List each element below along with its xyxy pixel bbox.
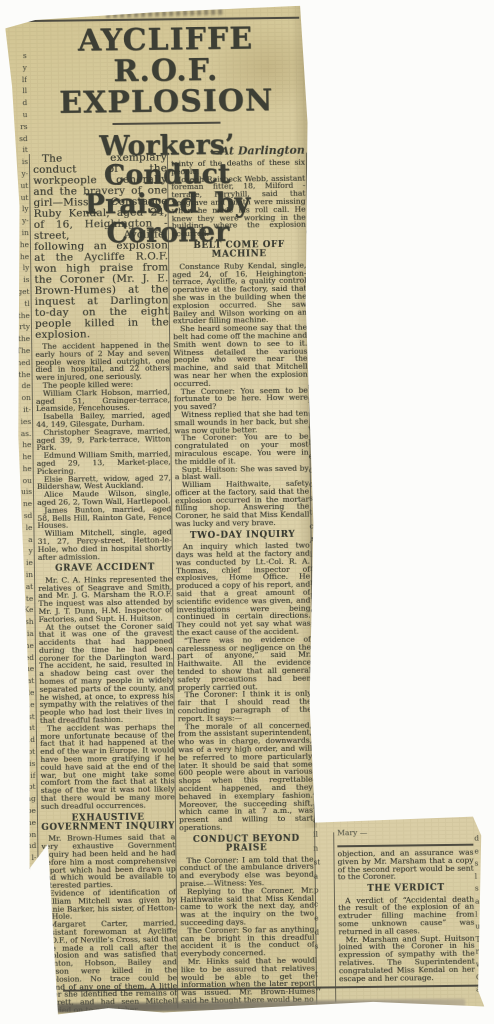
text-fragment: de <box>11 687 34 699</box>
text-fragment: v <box>311 687 322 701</box>
text-fragment: la <box>312 729 323 743</box>
text-fragment: A <box>313 785 324 799</box>
text-fragment: it <box>15 947 38 959</box>
paragraph: objection, and an assurance was given by… <box>337 849 473 882</box>
text-fragment: r <box>310 562 321 576</box>
text-fragment: nat <box>12 722 35 734</box>
paragraph: TWO-DAY INQUIRY <box>175 531 309 542</box>
text-fragment: a <box>313 813 324 827</box>
paragraph: The Coroner: I think it is only fair tha… <box>177 690 311 723</box>
paragraph: An inquiry which lasted two days was hel… <box>176 542 311 637</box>
text-fragment: nd <box>13 840 36 852</box>
text-fragment: e <box>474 845 485 858</box>
paragraph: Constance Ruby Kendal, single, aged 24, … <box>172 261 307 325</box>
text-fragment: l- <box>13 852 36 864</box>
text-fragment: sd <box>5 133 28 145</box>
text-fragment: h <box>307 352 318 366</box>
text-fragment: get <box>6 286 29 298</box>
text-fragment: r <box>307 310 318 324</box>
headline-line2: EXPLOSION <box>28 85 304 119</box>
masthead-top-rule <box>27 17 299 22</box>
text-fragment: y <box>10 545 33 557</box>
text-fragment: t <box>307 324 318 338</box>
text-fragment: is <box>6 274 29 286</box>
text-fragment: v <box>311 631 322 645</box>
text-fragment: is <box>14 899 37 911</box>
paragraph: William Clark Hobson, married, aged 51, … <box>36 388 170 413</box>
text-fragment: d <box>15 970 38 982</box>
text-fragment: ie <box>10 557 33 569</box>
text-fragment: tl <box>7 298 30 310</box>
text-fragment: s. <box>14 911 37 923</box>
text-fragment: it <box>5 144 28 156</box>
text-fragment: it- <box>8 404 31 416</box>
text-fragment: a <box>10 534 33 546</box>
text-fragment: i <box>311 659 322 673</box>
paragraph: The Coroner: You are to be congratulated… <box>174 433 308 466</box>
verdict-column-top-rule <box>337 844 473 847</box>
text-fragment: le <box>9 522 32 534</box>
text-fragment: he <box>8 451 31 463</box>
text-fragment: y <box>15 982 38 994</box>
text-fragment: s <box>307 338 318 352</box>
text-fragment: rty <box>7 321 30 333</box>
article-column-3: objection, and an assurance was given by… <box>337 849 475 1001</box>
text-fragment: C <box>306 226 317 240</box>
text-fragment: in <box>312 701 323 715</box>
paragraph: Joseph Raisbeck Webb, assistant foreman … <box>171 174 306 238</box>
text-fragment: nat <box>11 675 34 687</box>
paragraph: At the outset the Coroner said that it w… <box>39 622 174 725</box>
paragraph: She heard someone say that the belt had … <box>173 324 308 388</box>
text-fragment: k <box>310 589 321 603</box>
paragraph: The Coroner: So far as anything can be b… <box>180 925 314 958</box>
text-fragment: Ke <box>10 604 33 616</box>
headline-divider <box>112 122 220 125</box>
headline-line1: AYCLIFFE R.O.F. <box>27 23 304 88</box>
text-fragment: not <box>12 746 35 758</box>
column-rule-verdict <box>333 832 336 1002</box>
text-fragment: n <box>313 841 324 855</box>
text-fragment: uis <box>9 487 32 499</box>
paragraph: Witness replied that she had ten small w… <box>174 410 308 435</box>
text-fragment: he <box>6 251 29 263</box>
text-fragment: e <box>314 911 325 925</box>
text-fragment: n <box>310 575 321 589</box>
text-fragment: ed <box>11 652 34 664</box>
paragraph: William Mitchell, single, aged 31, 27, P… <box>37 528 171 561</box>
text-fragment: A <box>310 534 321 548</box>
text-fragment: ly <box>6 262 29 274</box>
text-fragment: be <box>13 805 36 817</box>
paragraph: Margaret Carter, married, assistant fore… <box>42 919 177 1011</box>
text-fragment: w <box>476 958 487 971</box>
text-fragment: s <box>314 939 325 953</box>
paragraph: Mr. Brown-Humes said that a very exhaust… <box>41 834 176 890</box>
text-fragment: st <box>313 855 324 869</box>
page-background: AYCLIFFE R.O.F. EXPLOSION Workers’ Condu… <box>0 0 494 1024</box>
text-fragment: T <box>307 296 318 310</box>
paragraph: William Haithwaite, safety officer at th… <box>175 480 310 528</box>
paragraph: Edmund William Smith, married, aged 29, … <box>37 450 171 475</box>
text-fragment: d <box>4 97 27 109</box>
paragraph: Mr. Marsham and Supt. Huitson joined wit… <box>338 934 475 982</box>
text-fragment: in <box>10 569 33 581</box>
text-fragment: n <box>311 673 322 687</box>
paragraph: James Bunton, married, aged 58, Bells Hi… <box>37 505 171 530</box>
text-fragment: on <box>8 392 31 404</box>
text-fragment: ou <box>9 475 32 487</box>
text-fragment: u <box>475 921 486 934</box>
text-fragment: G <box>476 971 487 984</box>
text-fragment: he <box>8 439 31 451</box>
text-fragment: y- <box>6 215 29 227</box>
text-fragment: ut <box>5 192 28 204</box>
text-fragment: ia <box>11 628 34 640</box>
text-fragment: ne <box>9 498 32 510</box>
text-fragment: the <box>12 699 35 711</box>
text-fragment: o <box>309 478 320 492</box>
text-fragment: b <box>308 436 319 450</box>
newspaper-clipping: AYCLIFFE R.O.F. EXPLOSION Workers’ Condu… <box>1 1 491 1021</box>
article-column-1: The exemplary conduct of the workpeople … <box>33 152 177 1012</box>
text-fragment: in <box>6 227 29 239</box>
text-fragment: A <box>312 771 323 785</box>
text-fragment: as. <box>8 428 31 440</box>
text-fragment: d <box>309 464 320 478</box>
text-fragment: e <box>308 450 319 464</box>
cut-line-fragment: Mary — <box>337 827 473 838</box>
paragraph: The accident was perhaps the more unfort… <box>40 723 175 810</box>
text-fragment: s <box>4 50 27 62</box>
text-fragment: s <box>475 883 486 896</box>
text-fragment: lf <box>4 74 27 86</box>
text-fragment: the <box>7 369 30 381</box>
text-fragment: he <box>11 663 34 675</box>
text-fragment: c <box>314 897 325 911</box>
text-fragment: p <box>312 715 323 729</box>
text-fragment: a <box>314 869 325 883</box>
text-fragment: p <box>306 282 317 296</box>
text-fragment: s <box>309 492 320 506</box>
text-fragment: e <box>310 603 321 617</box>
text-fragment: e <box>14 935 37 947</box>
text-fragment: s <box>308 380 319 394</box>
paragraph: The Coroner: I am told that the conduct … <box>179 855 313 888</box>
paragraph: Mr. Hinks said that he would like to be … <box>181 957 316 1005</box>
text-fragment: y- <box>5 168 28 180</box>
paragraph: Christopher Seagrave, married, aged 39, … <box>36 427 170 452</box>
paragraph: Evidence of identification of William Mi… <box>42 888 176 921</box>
text-fragment: t <box>307 366 318 380</box>
text-fragment: rs <box>4 121 27 133</box>
paragraph: The morale of all concerned, from the as… <box>178 721 313 832</box>
text-fragment: the <box>7 310 30 322</box>
text-fragment: a <box>475 895 486 908</box>
text-fragment: w <box>315 981 326 995</box>
text-fragment: nis <box>12 758 35 770</box>
text-fragment: s <box>474 858 485 871</box>
text-fragment: y <box>4 62 27 74</box>
text-fragment: The <box>7 345 30 357</box>
text-fragment: te <box>10 593 33 605</box>
text-fragment: d <box>314 925 325 939</box>
text-fragment: cl <box>312 743 323 757</box>
text-fragment: the <box>7 333 30 345</box>
text-fragment: il <box>313 827 324 841</box>
paragraph: CONDUCT BEYOND PRAISE <box>179 834 313 854</box>
torn-top-text-fragment <box>106 9 224 18</box>
text-fragment: sd <box>9 510 32 522</box>
text-fragment: l <box>475 908 486 921</box>
dateline: —At Darlington <box>171 144 305 159</box>
text-fragment: H <box>306 240 317 254</box>
text-fragment: at <box>10 581 33 593</box>
text-fragment: f <box>311 617 322 631</box>
text-fragment: at <box>14 888 37 900</box>
text-fragment: he <box>6 239 29 251</box>
text-fragment: v <box>308 422 319 436</box>
text-fragment: th <box>306 254 317 268</box>
text-fragment: e <box>15 958 38 970</box>
text-fragment: pt <box>13 781 36 793</box>
text-fragment: ly <box>5 203 28 215</box>
text-fragment: i <box>310 548 321 562</box>
text-fragment: ng <box>13 793 36 805</box>
paragraph: “There was no evidence of carelessness o… <box>177 635 312 691</box>
text-fragment: r <box>311 645 322 659</box>
text-fragment: r <box>14 923 37 935</box>
text-fragment: u <box>4 109 27 121</box>
text-fragment: and <box>12 734 35 746</box>
text-fragment: ned <box>7 357 30 369</box>
text-fragment: ll <box>4 85 27 97</box>
text-fragment: e <box>15 994 38 1001</box>
text-fragment: H <box>312 757 323 771</box>
torn-edge-text-right-bottom: deslsaluTrwGa <box>474 833 487 1001</box>
text-fragment: e <box>306 268 317 282</box>
text-fragment: he <box>9 463 32 475</box>
paragraph: Mr. C. A. Hinks represented the relative… <box>38 575 173 623</box>
text-fragment: d <box>474 833 485 846</box>
text-fragment: c <box>309 520 320 534</box>
text-fragment: on <box>13 829 36 841</box>
article-column-2: tainty of the deaths of these six people… <box>171 159 315 1009</box>
text-fragment: rst <box>12 711 35 723</box>
text-fragment: l <box>315 953 326 967</box>
paragraph: The accident happened in the early hours… <box>35 341 169 382</box>
text-fragment: if <box>12 770 35 782</box>
text-fragment: ies <box>8 416 31 428</box>
text-fragment: r <box>313 799 324 813</box>
text-fragment: l <box>475 870 486 883</box>
text-fragment: t <box>309 506 320 520</box>
text-fragment: u <box>308 408 319 422</box>
paragraph: Replying to the Coroner, Mr. Haithwaite … <box>180 886 314 927</box>
text-fragment: p <box>314 883 325 897</box>
text-fragment: t <box>315 967 326 981</box>
text-fragment: ut <box>5 180 28 192</box>
paragraph: THE VERDICT <box>338 884 474 895</box>
text-fragment: r <box>476 946 487 959</box>
text-fragment: T <box>475 933 486 946</box>
text-fragment: sh <box>11 616 34 628</box>
paragraph: The exemplary conduct of the workpeople … <box>33 152 169 341</box>
text-fragment: ne <box>13 817 36 829</box>
paragraph: GRAVE ACCIDENT <box>38 564 172 575</box>
paragraph: The Coroner: You seem to be fortunate to… <box>174 386 308 411</box>
text-fragment: a <box>476 984 487 997</box>
text-fragment: de <box>8 380 31 392</box>
paragraph: A verdict of “Accidental death the resul… <box>338 895 474 936</box>
paragraph: EXHAUSTIVE GOVERNMENT INQUIRY <box>41 813 175 833</box>
text-fragment: he <box>11 640 34 652</box>
text-fragment: i <box>308 394 319 408</box>
paragraph: BELT COME OFF MACHINE <box>172 241 306 261</box>
text-fragment: is <box>5 156 28 168</box>
